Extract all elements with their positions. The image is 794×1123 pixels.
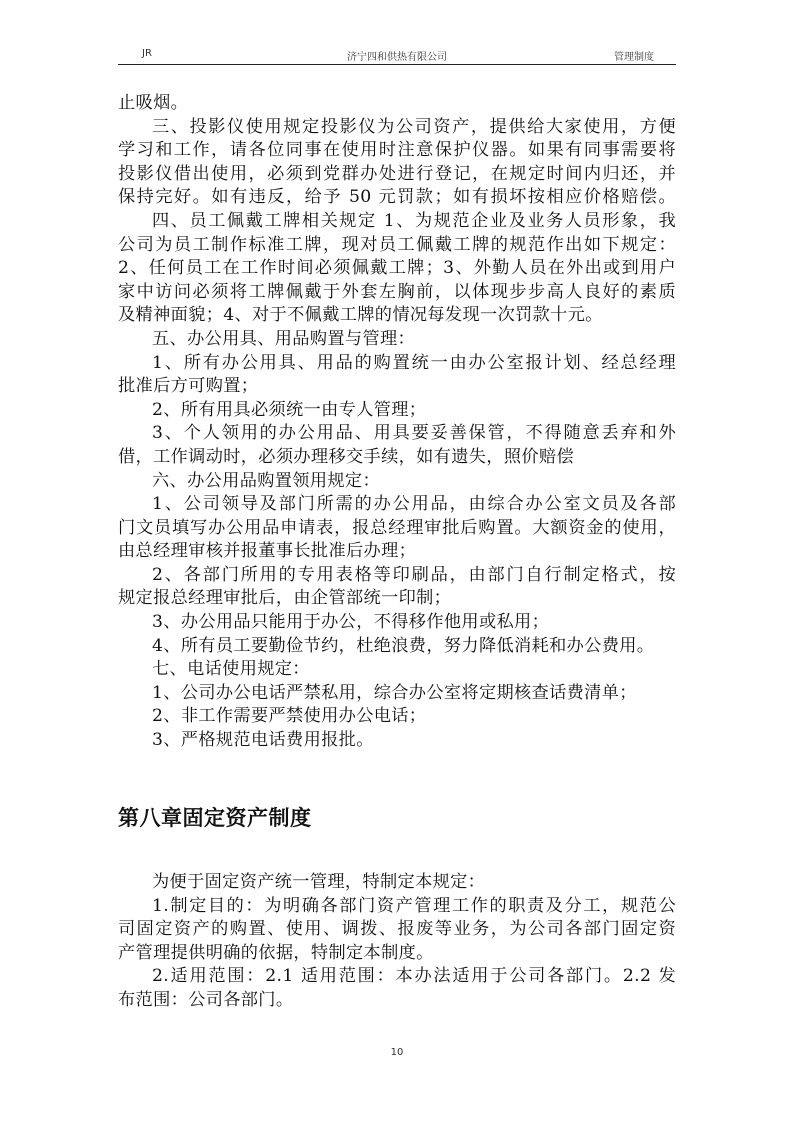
- text-line: 六、办公用品购置领用规定：: [118, 470, 678, 494]
- text-line: 借，工作调动时，必须办理移交手续，如有遗失，照价赔偿: [118, 446, 678, 470]
- text-line: 投影仪借出使用，必须到党群办处进行登记，在规定时间内归还，并: [118, 163, 676, 187]
- text-line: 五、办公用具、用品购置与管理：: [118, 328, 678, 352]
- text-line: 1、公司办公电话严禁私用，综合办公室将定期核查话费清单；: [118, 682, 678, 706]
- text-line: 3、办公用品只能用于办公，不得移作他用或私用；: [118, 611, 678, 635]
- header-company-name: 济宁四和供热有限公司: [118, 48, 676, 63]
- text-line: 2、各部门所用的专用表格等印刷品，由部门自行制定格式，按: [118, 564, 676, 588]
- text-line: 公司为员工制作标准工牌，现对员工佩戴工牌的规范作出如下规定：: [118, 234, 676, 258]
- text-line: 2、所有用具必须统一由专人管理；: [118, 399, 678, 423]
- text-line: 2、任何员工在工作时间必须佩戴工牌；3、外勤人员在外出或到用户: [118, 257, 676, 281]
- text-line: 门文员填写办公用品申请表，报总经理审批后购置。大额资金的使用，: [118, 517, 676, 541]
- text-line: 产管理提供明确的依据，特制定本制度。: [118, 942, 678, 966]
- text-line: 为便于固定资产统一管理，特制定本规定：: [118, 871, 678, 895]
- text-line: 布范围：公司各部门。: [118, 989, 678, 1013]
- page-number: 10: [0, 1047, 794, 1058]
- text-line: 止吸烟。: [118, 92, 678, 116]
- text-line: 七、电话使用规定：: [118, 658, 678, 682]
- text-line: 3、严格规范电话费用报批。: [118, 729, 678, 753]
- text-line: 1.制定目的：为明确各部门资产管理工作的职责及分工，规范公: [118, 895, 676, 919]
- text-line: 司固定资产的购置、使用、调拨、报废等业务，为公司各部门固定资: [118, 918, 676, 942]
- text-line: 保持完好。如有违反，给予 50 元罚款；如有损坏按相应价格赔偿。: [118, 186, 676, 210]
- header-document-type: 管理制度: [614, 48, 654, 63]
- text-line: 及精神面貌；4、对于不佩戴工牌的情况每发现一次罚款十元。: [118, 304, 678, 328]
- text-line: 批准后方可购置；: [118, 375, 678, 399]
- text-line: 家中访问必须将工牌佩戴于外套左胸前，以体现步步高人良好的素质: [118, 281, 676, 305]
- text-line: 4、所有员工要勤俭节约，杜绝浪费，努力降低消耗和办公费用。: [118, 635, 678, 659]
- text-line: 三、投影仪使用规定投影仪为公司资产，提供给大家使用，方便: [118, 116, 676, 140]
- text-line: 2、非工作需要严禁使用办公电话；: [118, 705, 678, 729]
- chapter-body-text: 为便于固定资产统一管理，特制定本规定：1.制定目的：为明确各部门资产管理工作的职…: [118, 871, 678, 1013]
- text-line: 四、员工佩戴工牌相关规定 1、为规范企业及业务人员形象，我: [118, 210, 676, 234]
- text-line: 1、公司领导及部门所需的办公用品，由综合办公室文员及各部: [118, 493, 676, 517]
- chapter-heading: 第八章固定资产制度: [118, 802, 312, 832]
- text-line: 由总经理审核并报董事长批准后办理；: [118, 540, 678, 564]
- header-divider: [118, 64, 676, 65]
- text-line: 3、个人领用的办公用品、用具要妥善保管，不得随意丢弃和外: [118, 422, 676, 446]
- text-line: 1、所有办公用具、用品的购置统一由办公室报计划、经总经理: [118, 352, 676, 376]
- page-header: JR 济宁四和供热有限公司 管理制度: [118, 44, 676, 64]
- body-text: 止吸烟。三、投影仪使用规定投影仪为公司资产，提供给大家使用，方便学习和工作，请各…: [118, 92, 678, 753]
- text-line: 学习和工作，请各位同事在使用时注意保护仪器。如果有同事需要将: [118, 139, 676, 163]
- text-line: 规定报总经理审批后，由企管部统一印制；: [118, 587, 678, 611]
- text-line: 2.适用范围：2.1 适用范围：本办法适用于公司各部门。2.2 发: [118, 965, 676, 989]
